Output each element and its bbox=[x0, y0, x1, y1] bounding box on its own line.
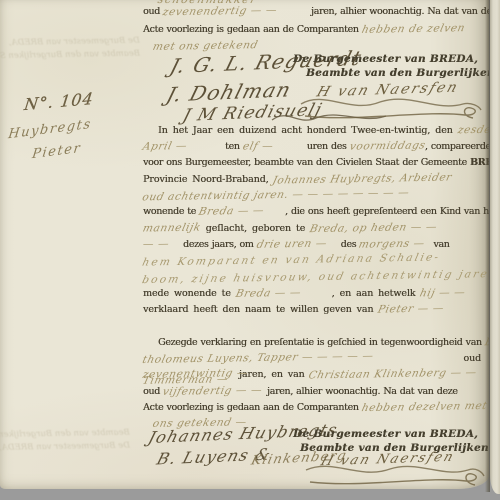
handwritten-entry: Breda — — bbox=[197, 203, 287, 221]
handwritten-entry: zevenendertig — — bbox=[161, 2, 314, 22]
printed-text: , compareerde bbox=[425, 141, 489, 152]
text-line: mannelijk geſlacht, geboren te Breda, op… bbox=[143, 220, 481, 236]
printed-text: ten bbox=[225, 141, 243, 152]
text-line bbox=[143, 318, 481, 334]
handwritten-entry: — — bbox=[141, 236, 185, 253]
margin-act-number: N°. 104 bbox=[23, 89, 95, 114]
next-page-edge bbox=[490, 0, 500, 494]
text-line: Acte voorlezing is gedaan aan de Compara… bbox=[143, 21, 481, 39]
printed-text: uren des bbox=[307, 141, 350, 152]
text-line: voor ons Burgemeester, beambte van den C… bbox=[143, 155, 481, 171]
ink-bleed-through-top: De Burgemeester van BREDA, Beambte van d… bbox=[0, 35, 140, 64]
printed-text: mede wonende te bbox=[143, 288, 236, 299]
text-line: oud zevenendertig — —jaren, alhier woona… bbox=[143, 3, 481, 21]
text-line: tholomeus Luyens, Tapper — — — — —oud bbox=[143, 350, 481, 366]
document-page: De Burgemeester van BREDA, Beambte van d… bbox=[0, 0, 489, 489]
text-line: April — ten elf — uren des voormiddags, … bbox=[143, 138, 481, 154]
text-line: wonende te Breda — —, die ons heeft gepr… bbox=[143, 203, 481, 219]
printed-text: Acte voorlezing is gedaan aan de Compara… bbox=[143, 402, 362, 413]
ink-bleed-through-bottom: Beambte van den Burgerlijken Staat. De B… bbox=[0, 427, 130, 456]
printed-text: , die ons heeft gepreſenteerd een Kind v… bbox=[285, 206, 489, 217]
text-line: verklaard heeft den naam te willen geven… bbox=[143, 301, 481, 317]
official-title: De Burgemeester van BREDA, bbox=[293, 53, 478, 65]
printed-text: jaren, alhier woonachtig. Na dat van dez… bbox=[267, 386, 457, 397]
handwritten-entry: mannelijk bbox=[141, 219, 203, 236]
text-line: Provincie Noord-Braband, Johannes Huybre… bbox=[143, 171, 481, 187]
handwritten-entry: elf — bbox=[241, 138, 309, 155]
official-title: Beambte van den Burgerlijken Staat. bbox=[306, 67, 489, 79]
handwritten-entry: hebben de zelven bbox=[359, 20, 466, 39]
printed-text: geſlacht, geboren te bbox=[201, 223, 310, 234]
handwritten-entry: voormiddags bbox=[348, 138, 427, 156]
ghost-line: Beambte van den Burgerlijken Staat. bbox=[0, 48, 140, 64]
printed-text: wonende te bbox=[143, 206, 199, 217]
printed-text: dezes jaars, om bbox=[183, 239, 257, 250]
printed-text: jaren, alhier woonachtig. Na dat van dez… bbox=[311, 6, 489, 17]
occupation-overlay-handwriting: Timmerman — bbox=[141, 373, 229, 386]
printed-text: des bbox=[341, 239, 360, 250]
text-line: Acte voorlezing is gedaan aan de Compara… bbox=[143, 399, 481, 415]
margin-given-name: Pieter bbox=[31, 141, 82, 162]
printed-text: oud bbox=[143, 6, 163, 17]
printed-text: jaren, en van bbox=[239, 369, 309, 380]
handwritten-entry: April — bbox=[141, 138, 227, 156]
printed-text: oud bbox=[143, 386, 163, 397]
printed-text: In het Jaar een duizend acht honderd Twe… bbox=[158, 125, 458, 136]
official-title: De Burgemeester van BREDA, bbox=[293, 428, 478, 440]
text-line: Gezegde verklaring en preſentatie is geſ… bbox=[143, 334, 481, 350]
handwritten-entry: Breda, op heden — — bbox=[308, 219, 439, 238]
text-line: boom, zijne huisvrouw, oud achtentwintig… bbox=[143, 269, 481, 285]
printed-text: Acte voorlezing is gedaan aan de Compara… bbox=[143, 24, 362, 35]
printed-text: Gezegde verklaring en preſentatie is geſ… bbox=[158, 337, 485, 348]
handwritten-entry: zesde bbox=[456, 122, 489, 139]
handwritten-entry: hebben dezelven met bbox=[360, 398, 489, 416]
signature-flourish-icon bbox=[298, 458, 488, 489]
handwritten-entry: Christiaan Klinkenberg — — bbox=[307, 365, 479, 384]
handwritten-entry: hij — — bbox=[418, 285, 467, 302]
printed-text: , en aan hetwelk bbox=[332, 288, 421, 299]
text-line: In het Jaar een duizend acht honderd Twe… bbox=[143, 122, 481, 138]
printed-text: Provincie Noord-Braband, bbox=[143, 174, 273, 185]
handwritten-entry: Breda — — bbox=[234, 284, 334, 302]
ghost-line: De Burgemeester van BREDA, bbox=[0, 440, 130, 456]
text-line: oud achtentwintig jaren. — — — — — — — — bbox=[143, 187, 481, 203]
printed-text: voor ons Burgemeester, beambte van den C… bbox=[143, 157, 470, 168]
margin-surname: Huybregts bbox=[7, 117, 92, 143]
signature-flourish-icon bbox=[295, 88, 485, 122]
printed-text: verklaard heeft den naam te willen geven… bbox=[143, 304, 378, 315]
handwritten-entry: Pieter — — bbox=[376, 301, 446, 318]
